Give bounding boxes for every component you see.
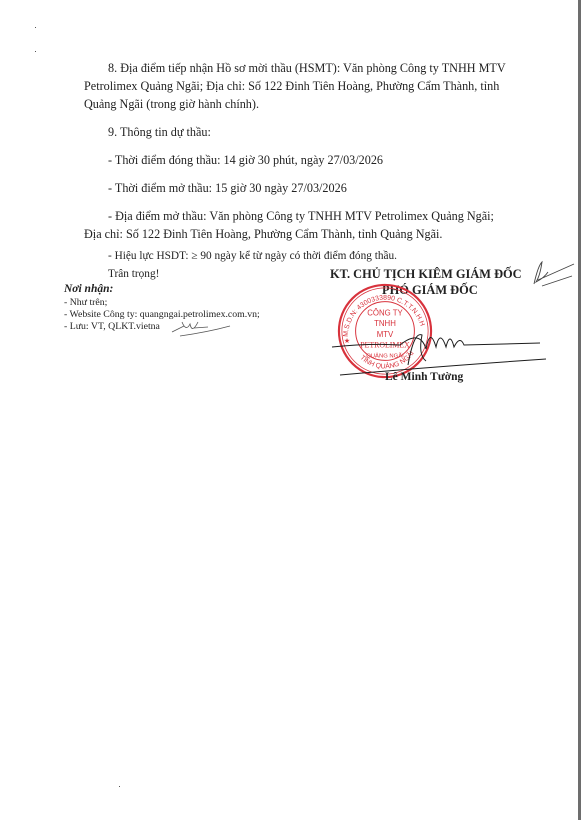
scan-speck: [35, 51, 36, 52]
svg-text:CÔNG TY: CÔNG TY: [367, 308, 403, 317]
scan-speck: [119, 786, 120, 787]
section8-line3: Quảng Ngãi (trong giờ hành chính).: [84, 96, 259, 113]
validity: - Hiệu lực HSDT: ≥ 90 ngày kể từ ngày có…: [108, 248, 397, 265]
section8-line1: 8. Địa điểm tiếp nhận Hồ sơ mời thầu (HS…: [108, 60, 506, 77]
recipients-title: Nơi nhận:: [64, 283, 113, 295]
section9-heading: 9. Thông tin dự thầu:: [108, 124, 211, 141]
opening-time: - Thời điểm mở thầu: 15 giờ 30 ngày 27/0…: [108, 180, 347, 197]
closing-time: - Thời điểm đóng thầu: 14 giờ 30 phút, n…: [108, 152, 383, 169]
title-initial-signature: [528, 258, 576, 290]
signer-name: Lê Minh Tường: [385, 371, 463, 383]
initials-signature: [168, 318, 232, 340]
recipient-item: - Lưu: VT, QLKT.vietna: [64, 321, 160, 332]
opening-place-line2: Địa chỉ: Số 122 Đinh Tiên Hoàng, Phường …: [84, 226, 442, 243]
opening-place-line1: - Địa điểm mở thầu: Văn phòng Công ty TN…: [108, 208, 494, 225]
document-page: 8. Địa điểm tiếp nhận Hồ sơ mời thầu (HS…: [0, 0, 578, 820]
scan-speck: [35, 27, 36, 28]
closing-greeting: Trân trọng!: [108, 266, 159, 283]
recipient-item: - Như trên;: [64, 297, 107, 308]
section8-line2: Petrolimex Quảng Ngãi; Địa chỉ: Số 122 Đ…: [84, 78, 499, 95]
signature-title-line1: KT. CHỦ TỊCH KIÊM GIÁM ĐỐC: [330, 267, 522, 282]
